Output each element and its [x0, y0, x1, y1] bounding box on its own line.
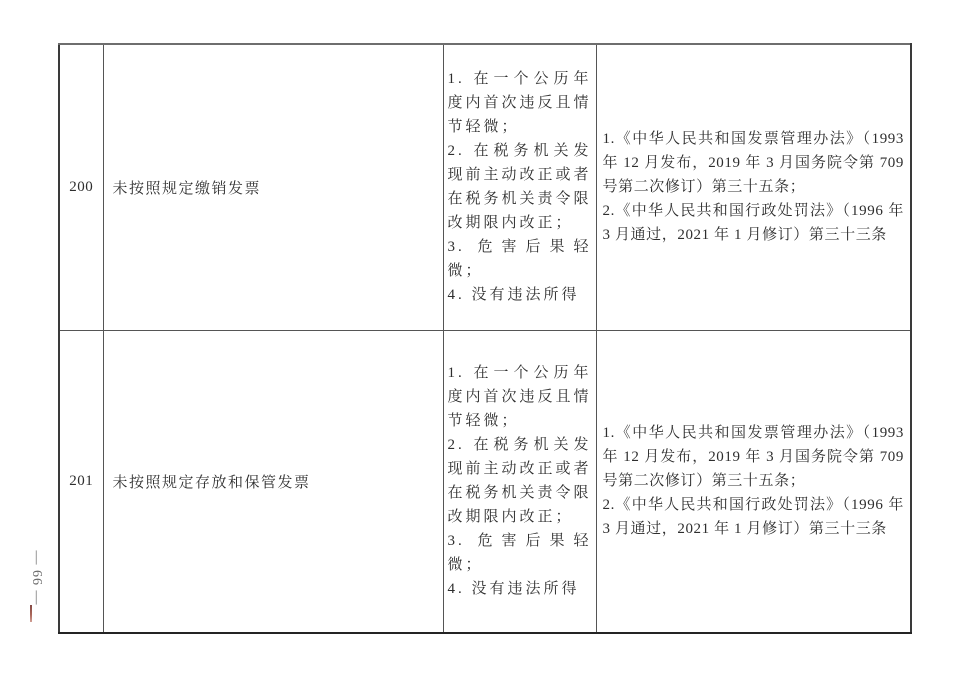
list-item: 1. 在一个公历年度内首次违反且情节轻微；	[448, 361, 592, 433]
document-page: — 66 — 200 未按照规定缴销发票 1. 在一个公历年度内首次违反且情节轻…	[0, 0, 970, 678]
row-conditions-list: 1. 在一个公历年度内首次违反且情节轻微；2. 在税务机关发现前主动改正或者在税…	[448, 361, 592, 601]
list-item: 2. 在税务机关发现前主动改正或者在税务机关责令限改期限内改正；	[448, 139, 592, 235]
table-row: 201 未按照规定存放和保管发票 1. 在一个公历年度内首次违反且情节轻微；2.…	[59, 330, 911, 633]
row-conditions-cell: 1. 在一个公历年度内首次违反且情节轻微；2. 在税务机关发现前主动改正或者在税…	[443, 44, 596, 330]
list-item: 2.《中华人民共和国行政处罚法》（1996 年 3 月通过，2021 年 1 月…	[603, 493, 905, 541]
row-conditions-list: 1. 在一个公历年度内首次违反且情节轻微；2. 在税务机关发现前主动改正或者在税…	[448, 67, 592, 307]
scan-artifact	[30, 605, 32, 622]
row-violation-text: 未按照规定缴销发票	[113, 177, 437, 198]
table-body: 200 未按照规定缴销发票 1. 在一个公历年度内首次违反且情节轻微；2. 在税…	[59, 44, 911, 633]
list-item: 1.《中华人民共和国发票管理办法》（1993 年 12 月发布，2019 年 3…	[603, 127, 905, 199]
list-item: 3. 危害后果轻微；	[448, 529, 592, 577]
list-item: 2. 在税务机关发现前主动改正或者在税务机关责令限改期限内改正；	[448, 433, 592, 529]
row-id: 200	[60, 179, 103, 196]
row-violation-text: 未按照规定存放和保管发票	[113, 471, 437, 492]
list-item: 4. 没有违法所得	[448, 577, 592, 601]
row-violation-cell: 未按照规定缴销发票	[103, 44, 443, 330]
row-legal-basis-list: 1.《中华人民共和国发票管理办法》（1993 年 12 月发布，2019 年 3…	[603, 421, 905, 541]
list-item: 3. 危害后果轻微；	[448, 235, 592, 283]
page-number: — 66 —	[26, 537, 46, 619]
row-violation-cell: 未按照规定存放和保管发票	[103, 330, 443, 633]
row-id-cell: 200	[59, 44, 103, 330]
row-id-cell: 201	[59, 330, 103, 633]
list-item: 1.《中华人民共和国发票管理办法》（1993 年 12 月发布，2019 年 3…	[603, 421, 905, 493]
violations-table: 200 未按照规定缴销发票 1. 在一个公历年度内首次违反且情节轻微；2. 在税…	[58, 43, 912, 634]
list-item: 1. 在一个公历年度内首次违反且情节轻微；	[448, 67, 592, 139]
row-conditions-cell: 1. 在一个公历年度内首次违反且情节轻微；2. 在税务机关发现前主动改正或者在税…	[443, 330, 596, 633]
row-legal-basis-cell: 1.《中华人民共和国发票管理办法》（1993 年 12 月发布，2019 年 3…	[596, 330, 911, 633]
list-item: 2.《中华人民共和国行政处罚法》（1996 年 3 月通过，2021 年 1 月…	[603, 199, 905, 247]
list-item: 4. 没有违法所得	[448, 283, 592, 307]
row-id: 201	[60, 473, 103, 490]
row-legal-basis-cell: 1.《中华人民共和国发票管理办法》（1993 年 12 月发布，2019 年 3…	[596, 44, 911, 330]
row-legal-basis-list: 1.《中华人民共和国发票管理办法》（1993 年 12 月发布，2019 年 3…	[603, 127, 905, 247]
table-row: 200 未按照规定缴销发票 1. 在一个公历年度内首次违反且情节轻微；2. 在税…	[59, 44, 911, 330]
